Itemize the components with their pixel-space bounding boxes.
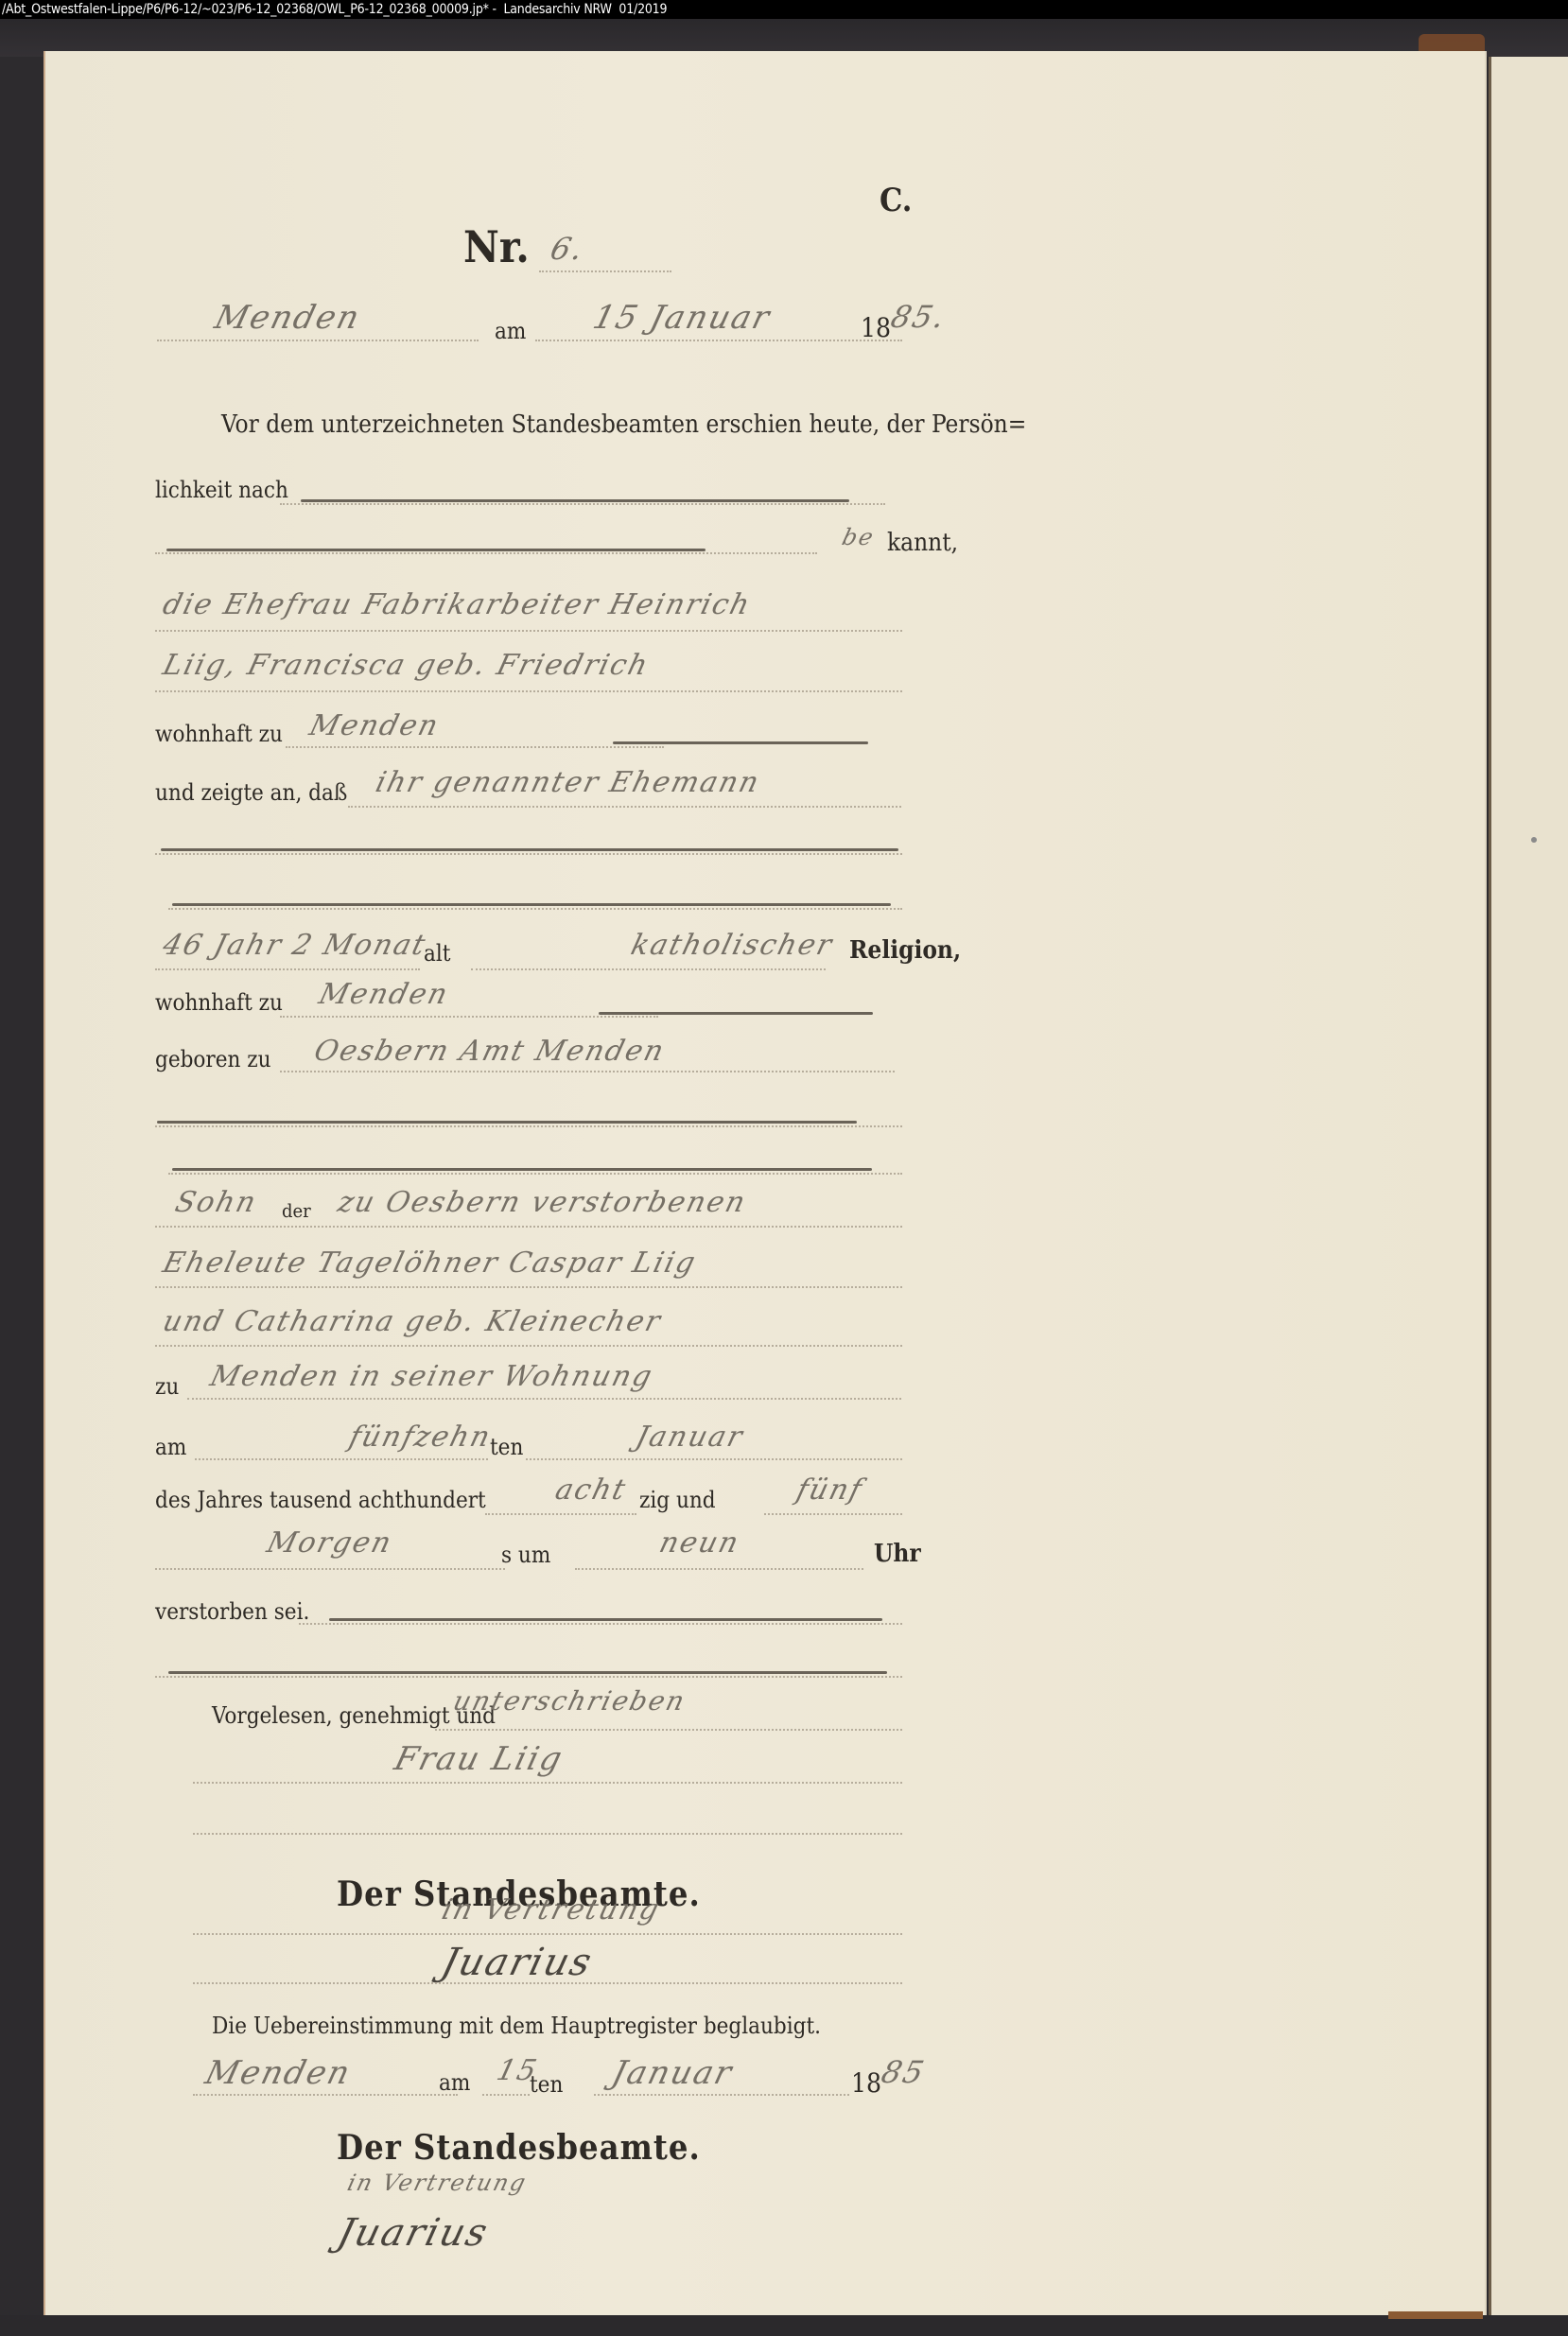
informant-signature: Frau Liig [391, 1740, 567, 1778]
year-units-value: fünf [793, 1473, 867, 1507]
cert-year-suffix: 85 [878, 2054, 929, 2090]
death-month-dotted-line [526, 1458, 902, 1460]
uhr-label: Uhr [874, 1540, 921, 1568]
identity-strike-line-2 [166, 549, 706, 551]
residence-value: Menden [306, 709, 444, 742]
died-dotted-line-2 [155, 1676, 902, 1678]
year-tens-value: acht [552, 1473, 631, 1507]
died-label: verstorben sei. [155, 1598, 309, 1625]
cert-registrar-proxy: in Vertretung [345, 2170, 531, 2196]
parents-strike-line [172, 1168, 872, 1171]
cert-day-suffix: ten [530, 2071, 563, 2098]
number-value: 6. [547, 231, 588, 267]
age-value: 46 Jahr 2 Monat [160, 929, 430, 962]
registrar-proxy-dotted-line [193, 1933, 902, 1935]
informant-dotted-line-2 [155, 690, 902, 692]
year-suffix: 85. [887, 299, 950, 335]
deceased-name-strike-line-2 [172, 903, 891, 906]
parents-dotted-line-2 [155, 1286, 902, 1288]
announced-value: ihr genannter Ehemann [373, 766, 764, 799]
registrar-proxy: in Vertretung [439, 1893, 664, 1926]
window-title: /Abt_Ostwestfalen-Lippe/P6/P6-12/~023/P6… [2, 2, 667, 17]
year-prefix: 18 [861, 312, 891, 343]
parents-dotted-line-0 [168, 1173, 902, 1175]
informant-dotted-line-1 [155, 630, 902, 632]
kannt-label: kannt, [887, 529, 958, 557]
age-dotted-line [155, 968, 420, 970]
series-letter: C. [880, 182, 912, 219]
page-paper: C. Nr. 6. Menden am 15 Januar 18 85. Vor… [45, 51, 1485, 2315]
deceased-name-dotted-line-2 [168, 908, 902, 910]
paper-spot [1531, 837, 1537, 843]
parents-line-1-pre: Sohn [172, 1186, 261, 1219]
number-dotted-line [539, 270, 671, 272]
cert-month: Januar [608, 2054, 737, 2092]
signature-dotted-line-2 [193, 1833, 902, 1835]
died-strike-line [329, 1618, 882, 1621]
cert-place: Menden [201, 2054, 356, 2092]
time-hour-value: neun [656, 1526, 743, 1560]
read-dotted-line [435, 1729, 902, 1731]
date-value: 15 Januar [589, 299, 775, 337]
intro-line-2-label: lichkeit nach [155, 477, 288, 503]
identity-strike-line [301, 499, 849, 502]
deceased-residence-dotted-line [280, 1016, 658, 1018]
informant-line-2: Liig, Francisca geb. Friedrich [160, 649, 653, 682]
year-units-dotted-line [764, 1513, 902, 1515]
time-s-label: s um [501, 1542, 550, 1568]
year-text-label: des Jahres tausend achthundert [155, 1487, 486, 1513]
identity-dotted-line [280, 503, 885, 505]
died-strike-line-2 [168, 1671, 887, 1674]
cert-year-prefix: 18 [851, 2067, 881, 2099]
time-hour-dotted-line [575, 1568, 863, 1570]
am-label: am [495, 318, 526, 344]
cert-day-dotted-line [482, 2094, 530, 2096]
time-of-day-dotted-line [155, 1568, 505, 1570]
death-day-value: fünfzehn [346, 1421, 496, 1454]
year-zig-label: zig und [639, 1487, 716, 1513]
cert-registrar-title: Der Standesbeamte. [337, 2128, 701, 2168]
document-page: C. Nr. 6. Menden am 15 Januar 18 85. Vor… [44, 51, 1487, 2315]
parents-line-3: und Catharina geb. Kleinecher [160, 1305, 666, 1338]
registrar-signature-dotted-line [193, 1982, 902, 1984]
deceased-name-dotted-line [155, 853, 902, 855]
page-edge-wear-bottom [1388, 2311, 1483, 2319]
death-place-label: zu [155, 1373, 179, 1400]
death-day-suffix: ten [490, 1434, 523, 1460]
date-dotted-line [535, 340, 902, 341]
announced-dotted-line [348, 806, 901, 808]
kannt-prefix: be [840, 524, 879, 550]
informant-signature-dotted-line [193, 1782, 902, 1784]
death-place-value: Menden in seiner Wohnung [207, 1360, 657, 1393]
page-edge-wear [1419, 34, 1485, 53]
place-dotted-line [157, 340, 479, 341]
born-strike-line [157, 1121, 857, 1124]
announced-label: und zeigte an, daß [155, 779, 347, 806]
deceased-residence-label: wohnhaft zu [155, 989, 283, 1016]
religion-label: Religion, [849, 936, 961, 965]
number-label: Nr. [463, 221, 530, 272]
death-month-value: Januar [633, 1421, 748, 1454]
certification-text: Die Uebereinstimmung mit dem Hauptregist… [212, 2013, 821, 2039]
deceased-residence-strike-line [599, 1012, 873, 1015]
religion-dotted-line [471, 968, 826, 970]
cert-place-dotted-line [193, 2094, 458, 2096]
deceased-name-strike-line [161, 848, 898, 851]
window-title-bar: /Abt_Ostwestfalen-Lippe/P6/P6-12/~023/P6… [0, 0, 1568, 19]
read-value: unterschrieben [450, 1685, 689, 1717]
cert-month-dotted-line [594, 2094, 849, 2096]
age-label: alt [424, 940, 450, 967]
identity-dotted-line-2 [155, 552, 817, 554]
residence-dotted-line [286, 746, 664, 748]
year-tens-dotted-line [485, 1513, 636, 1515]
parents-line-1-post: zu Oesbern verstorbenen [335, 1186, 751, 1219]
died-dotted-line [299, 1623, 902, 1625]
place-value: Menden [211, 299, 365, 337]
born-label: geboren zu [155, 1046, 271, 1072]
intro-line-1: Vor dem unterzeichneten Standesbeamten e… [221, 410, 1026, 439]
born-value: Oesbern Amt Menden [311, 1035, 669, 1068]
informant-line-1: die Ehefrau Fabrikarbeiter Heinrich [160, 588, 755, 621]
death-place-dotted-line [187, 1398, 901, 1400]
cert-registrar-signature: Juarius [333, 2211, 493, 2255]
cert-am-label: am [439, 2069, 470, 2096]
parents-dotted-line-1 [155, 1226, 902, 1228]
scan-background-bottom [0, 2315, 1568, 2336]
residence-strike-line [613, 741, 868, 744]
death-day-label: am [155, 1434, 186, 1460]
religion-value: katholischer [628, 929, 837, 962]
adjacent-page [1489, 57, 1568, 2315]
registrar-signature: Juarius [437, 1941, 597, 1984]
deceased-residence-value: Menden [316, 978, 453, 1011]
born-dotted-line [280, 1071, 895, 1072]
born-dotted-line-2 [155, 1125, 902, 1127]
time-of-day-value: Morgen [264, 1526, 396, 1560]
parents-line-1-der: der [282, 1199, 311, 1222]
parents-line-2: Eheleute Tagelöhner Caspar Liig [160, 1246, 701, 1280]
parents-dotted-line-3 [155, 1345, 902, 1347]
residence-label: wohnhaft zu [155, 721, 283, 747]
death-day-dotted-line [195, 1458, 488, 1460]
